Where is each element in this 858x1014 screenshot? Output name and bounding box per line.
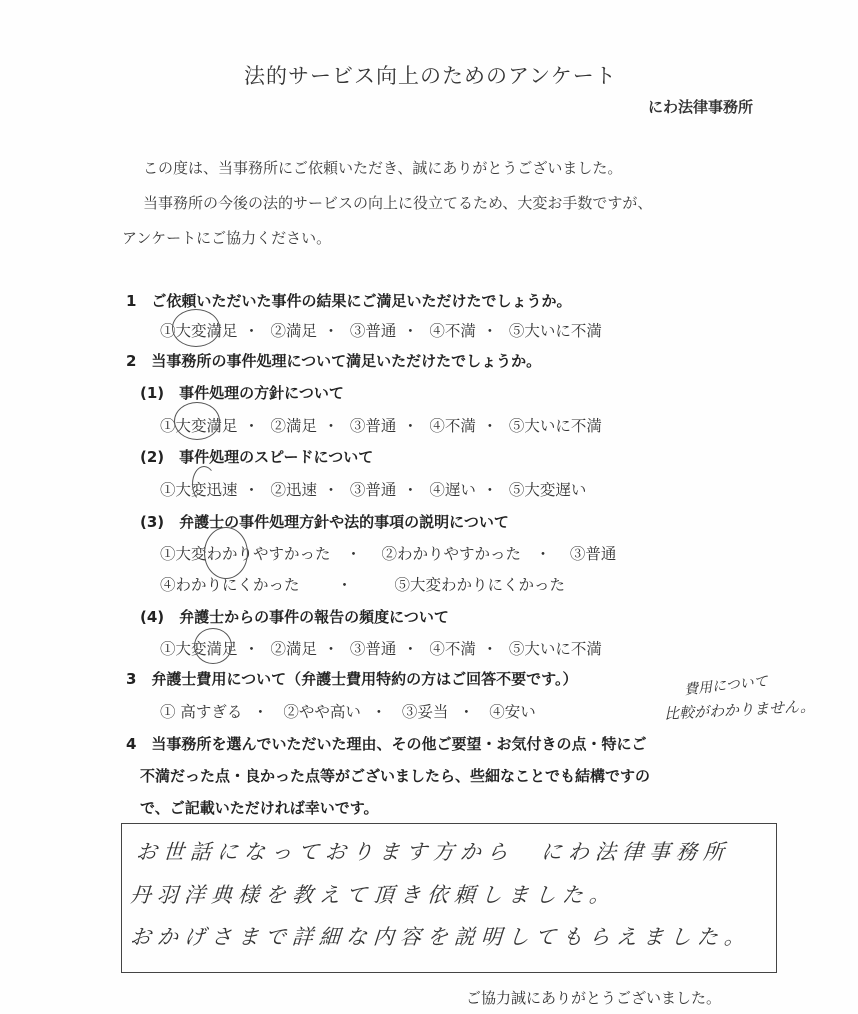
question-3-options: ① 高すぎる・ ②やや高い・ ③妥当・ ④安い — [160, 700, 536, 722]
option[interactable]: ④不満 — [429, 319, 476, 341]
selection-circle-mark — [172, 309, 220, 347]
intro-line-1: この度は、当事務所にご依頼いただき、誠にありがとうございました。 — [143, 157, 622, 178]
option[interactable]: ⑤大変わかりにくかった — [394, 573, 565, 595]
option[interactable]: ⑤大変遅い — [509, 478, 587, 500]
option[interactable]: ②満足 — [270, 414, 317, 436]
question-2: 2 当事務所の事件処理について満足いただけたでしょうか。 — [126, 350, 541, 371]
survey-title: 法的サービス向上のためのアンケート — [244, 60, 617, 90]
question-2-1-options: ①大変満足・ ②満足・ ③普通・ ④不満・ ⑤大いに不満 — [160, 414, 602, 436]
handwritten-note-line-1: 費用について — [683, 671, 768, 700]
intro-line-3: アンケートにご協力ください。 — [122, 227, 331, 248]
selection-circle-mark — [194, 628, 232, 664]
question-2-2: (2) 事件処理のスピードについて — [140, 446, 373, 467]
free-comment-box[interactable]: お世話になっております方から にわ法律事務所 丹羽洋典様を教えて頂き依頼しました… — [121, 823, 777, 973]
comment-line-3: おかげさまで詳細な内容を説明してもらえました。 — [129, 921, 752, 951]
option[interactable]: ③普通 — [350, 319, 397, 341]
question-1-options: ①大変満足・ ②満足・ ③普通・ ④不満・ ⑤大いに不満 — [160, 319, 602, 341]
selection-circle-mark — [204, 527, 248, 579]
question-2-4: (4) 弁護士からの事件の報告の頻度について — [140, 606, 449, 627]
option[interactable]: ④不満 — [429, 414, 476, 436]
option[interactable]: ④安い — [489, 700, 536, 722]
question-1: 1 ご依頼いただいた事件の結果にご満足いただけたでしょうか。 — [126, 290, 571, 311]
question-4-line-2: 不満だった点・良かった点等がございましたら、些細なことでも結構ですの — [140, 765, 650, 786]
question-4-line-3: で、ご記載いただければ幸いです。 — [140, 797, 379, 818]
comment-line-2: 丹羽洋典様を教えて頂き依頼しました。 — [129, 879, 617, 909]
option[interactable]: ②やや高い — [283, 700, 361, 722]
option[interactable]: ③普通 — [350, 478, 397, 500]
selection-circle-mark — [192, 466, 216, 502]
question-4-line-1: 4 当事務所を選んでいただいた理由、その他ご要望・お気付きの点・特にご — [126, 733, 646, 754]
selection-circle-mark — [174, 402, 220, 440]
closing-thanks: ご協力誠にありがとうございました。 — [466, 987, 721, 1008]
intro-line-2: 当事務所の今後の法的サービスの向上に役立てるため、大変お手数ですが、 — [143, 192, 652, 213]
question-3: 3 弁護士費用について（弁護士費用特約の方はご回答不要です。） — [126, 668, 577, 689]
option[interactable]: ⑤大いに不満 — [509, 319, 602, 341]
option[interactable]: ②わかりやすかった — [381, 542, 521, 564]
option[interactable]: ⑤大いに不満 — [509, 637, 602, 659]
option[interactable]: ③普通 — [350, 637, 397, 659]
question-2-2-options: ①大変迅速・ ②迅速・ ③普通・ ④遅い・ ⑤大変遅い — [160, 478, 586, 500]
option[interactable]: ②満足 — [270, 319, 317, 341]
question-2-3: (3) 弁護士の事件処理方針や法的事項の説明について — [140, 511, 509, 532]
law-firm-name: にわ法律事務所 — [648, 96, 753, 117]
option[interactable]: ④不満 — [429, 637, 476, 659]
handwritten-note-line-2: 比較がわかりません。 — [664, 695, 816, 724]
option[interactable]: ④遅い — [429, 478, 476, 500]
option[interactable]: ③妥当 — [402, 700, 449, 722]
option[interactable]: ① 高すぎる — [160, 700, 242, 722]
option[interactable]: ②満足 — [270, 637, 317, 659]
question-2-1: (1) 事件処理の方針について — [140, 382, 344, 403]
option[interactable]: ⑤大いに不満 — [509, 414, 602, 436]
option[interactable]: ③普通 — [350, 414, 397, 436]
comment-line-1: お世話になっております方から にわ法律事務所 — [135, 836, 731, 866]
option[interactable]: ②迅速 — [270, 478, 317, 500]
option[interactable]: ③普通 — [570, 542, 617, 564]
